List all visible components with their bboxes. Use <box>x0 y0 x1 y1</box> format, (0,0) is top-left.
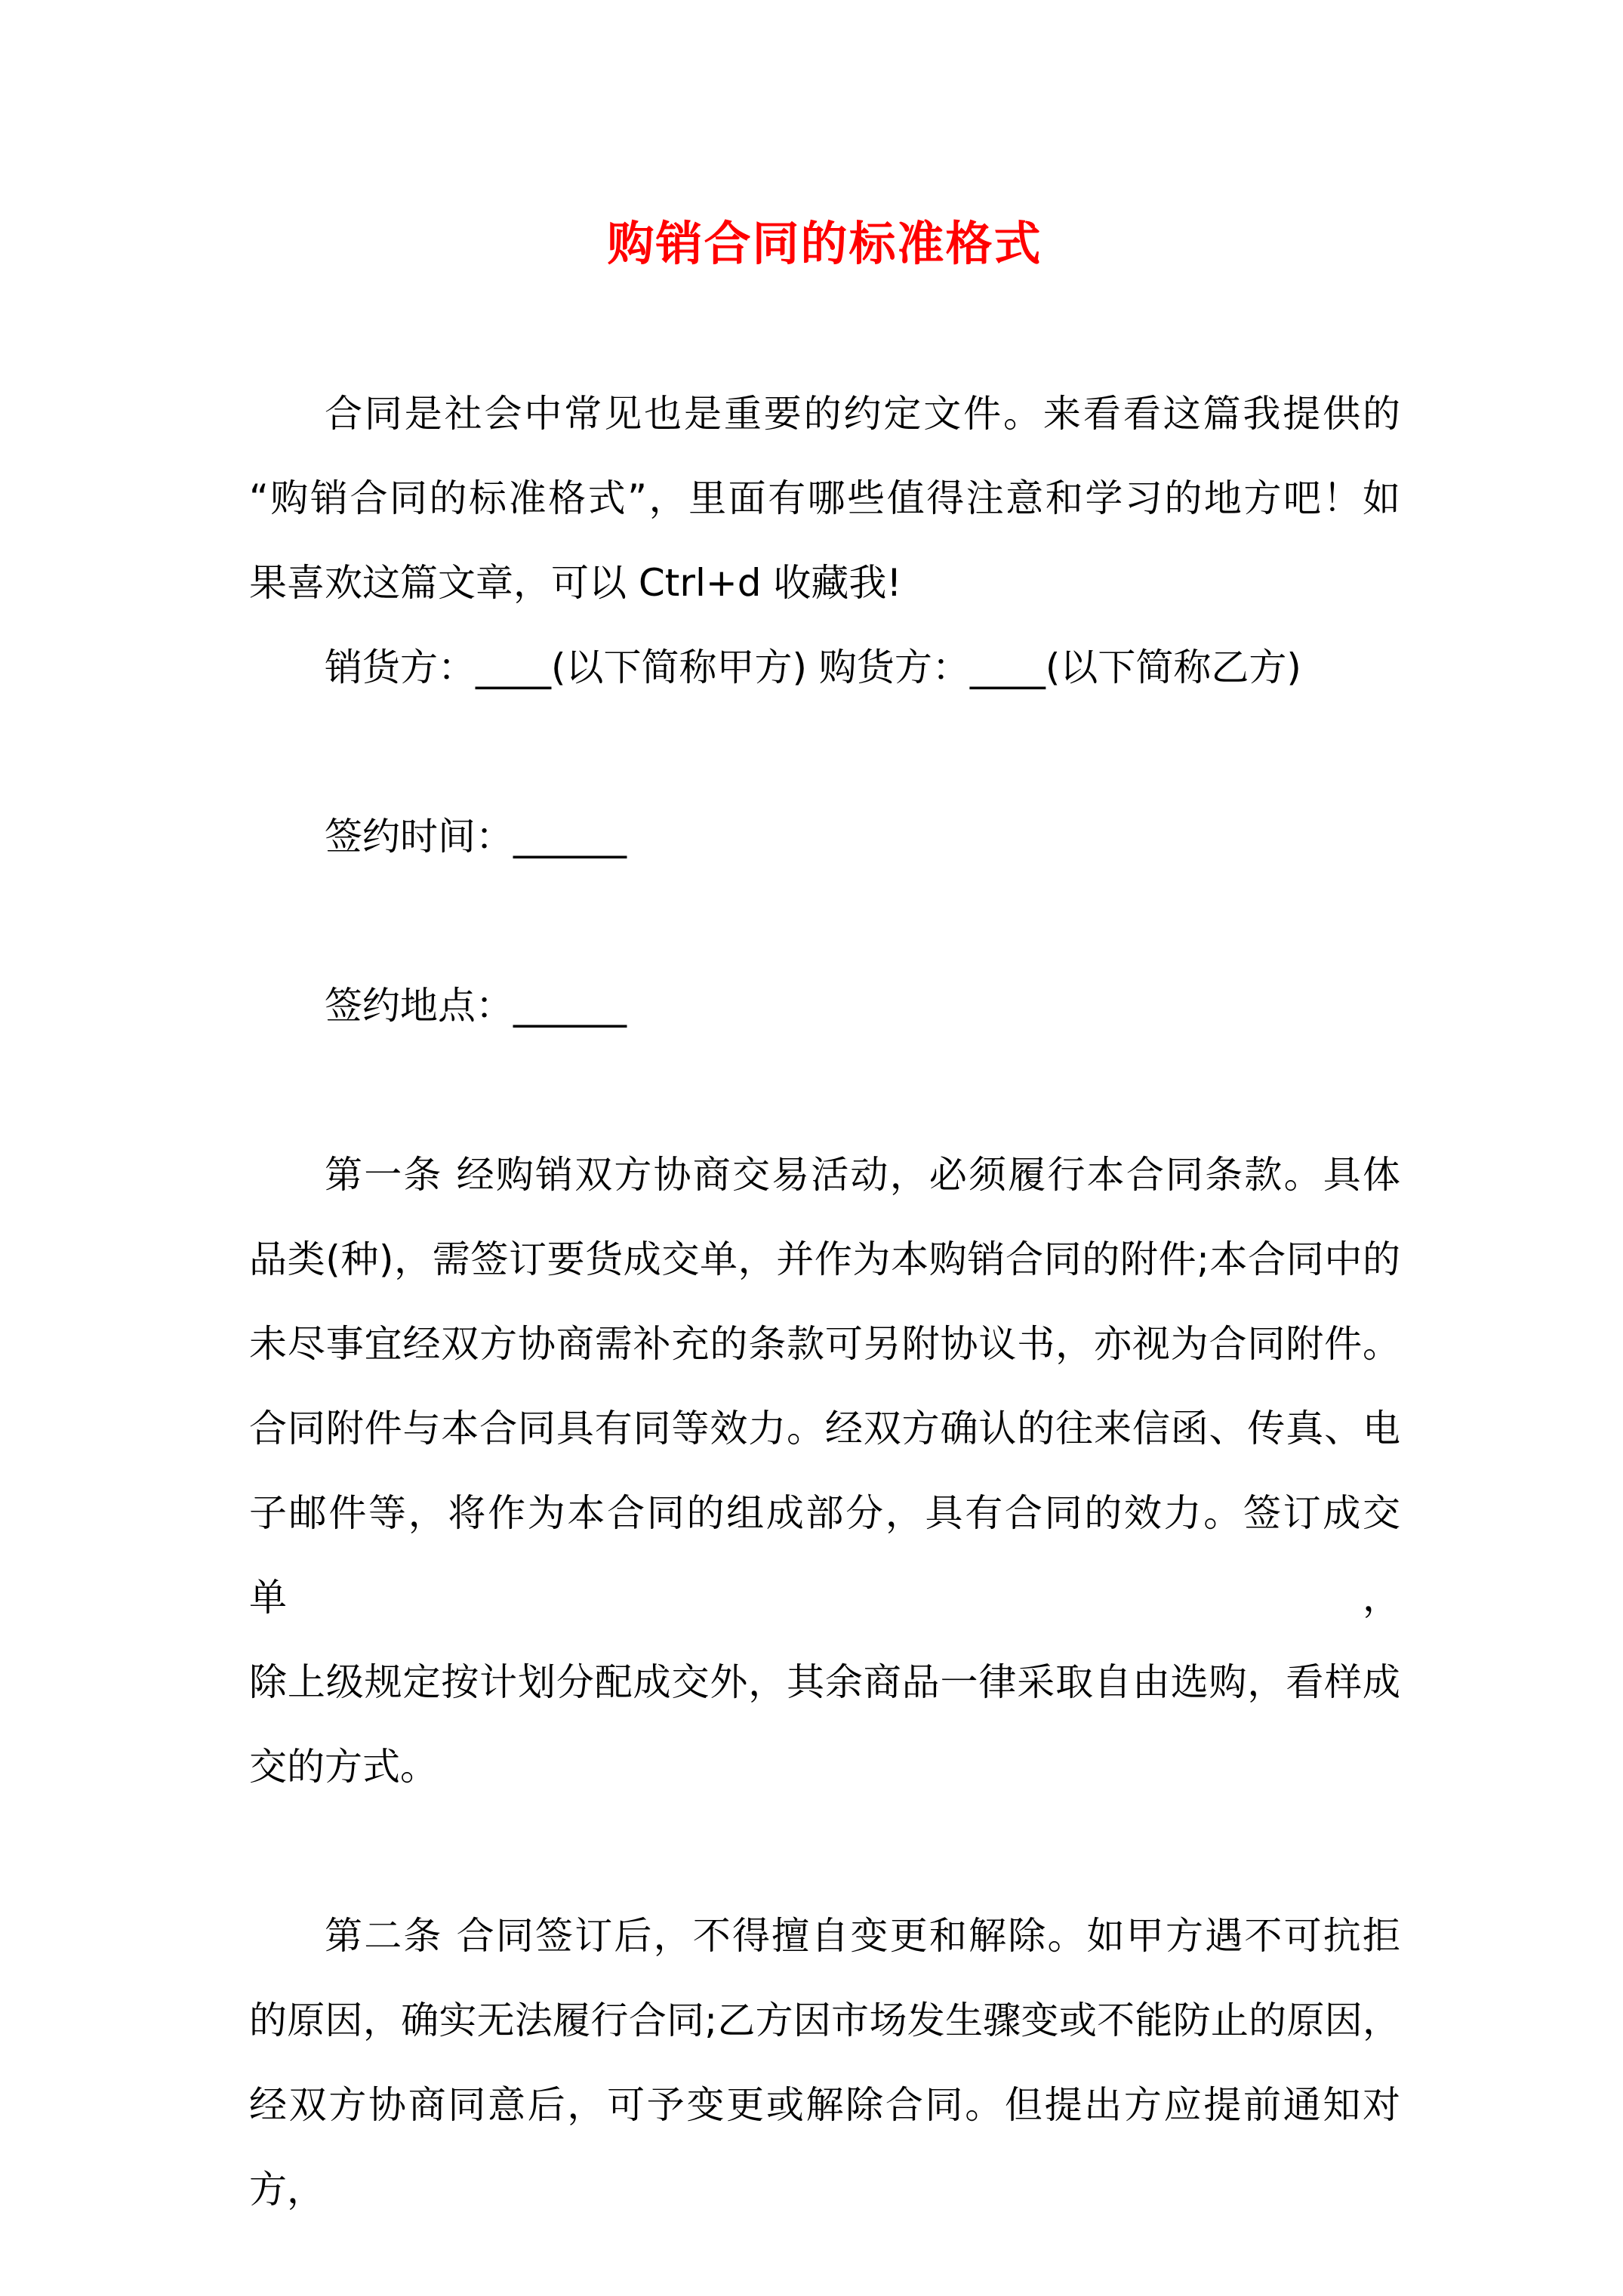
text-line: 交的方式。 <box>249 1724 1400 1809</box>
paragraph-article-1: 第一条 经购销双方协商交易活动，必须履行本合同条款。具体 品类(种)，需签订要货… <box>249 1133 1400 1809</box>
text-line: 签约时间：______ <box>249 794 1400 879</box>
text-line: 第一条 经购销双方协商交易活动，必须履行本合同条款。具体 <box>249 1133 1400 1217</box>
document-page: 购销合同的标准格式 合同是社会中常见也是重要的约定文件。来看看这篇我提供的 “购… <box>0 0 1623 2296</box>
paragraph-sign-place: 签约地点：______ <box>249 963 1400 1048</box>
text-line: 果喜欢这篇文章，可以 Ctrl+d 收藏我! <box>249 541 1400 625</box>
document-title: 购销合同的标准格式 <box>249 195 1400 293</box>
text-line: 第二条 合同签订后，不得擅自变更和解除。如甲方遇不可抗拒 <box>249 1894 1400 1978</box>
text-line: 销货方：____(以下简称甲方) 购货方：____(以下简称乙方) <box>249 625 1400 710</box>
text-line: 签约地点：______ <box>249 963 1400 1048</box>
text-line: “购销合同的标准格式”，里面有哪些值得注意和学习的地方吧！如 <box>249 456 1400 541</box>
text-line: 的原因，确实无法履行合同;乙方因市场发生骤变或不能防止的原因， <box>249 1978 1400 2063</box>
text-line: 合同附件与本合同具有同等效力。经双方确认的往来信函、传真、电 <box>249 1386 1400 1471</box>
text-line: 品类(种)，需签订要货成交单，并作为本购销合同的附件;本合同中的 <box>249 1217 1400 1302</box>
paragraph-article-2: 第二条 合同签订后，不得擅自变更和解除。如甲方遇不可抗拒 的原因，确实无法履行合… <box>249 1894 1400 2232</box>
document-content: 购销合同的标准格式 合同是社会中常见也是重要的约定文件。来看看这篇我提供的 “购… <box>0 0 1623 2232</box>
paragraph-parties: 销货方：____(以下简称甲方) 购货方：____(以下简称乙方) <box>249 625 1400 710</box>
paragraph-intro: 合同是社会中常见也是重要的约定文件。来看看这篇我提供的 “购销合同的标准格式”，… <box>249 371 1400 625</box>
text-line: 子邮件等，将作为本合同的组成部分，具有合同的效力。签订成交单， <box>249 1471 1400 1640</box>
text-line: 经双方协商同意后，可予变更或解除合同。但提出方应提前通知对方， <box>249 2063 1400 2232</box>
text-line: 除上级规定按计划分配成交外，其余商品一律采取自由选购，看样成 <box>249 1640 1400 1724</box>
text-line: 合同是社会中常见也是重要的约定文件。来看看这篇我提供的 <box>249 371 1400 456</box>
paragraph-sign-date: 签约时间：______ <box>249 794 1400 879</box>
text-line: 未尽事宜经双方协商需补充的条款可另附协议书，亦视为合同附件。 <box>249 1302 1400 1386</box>
